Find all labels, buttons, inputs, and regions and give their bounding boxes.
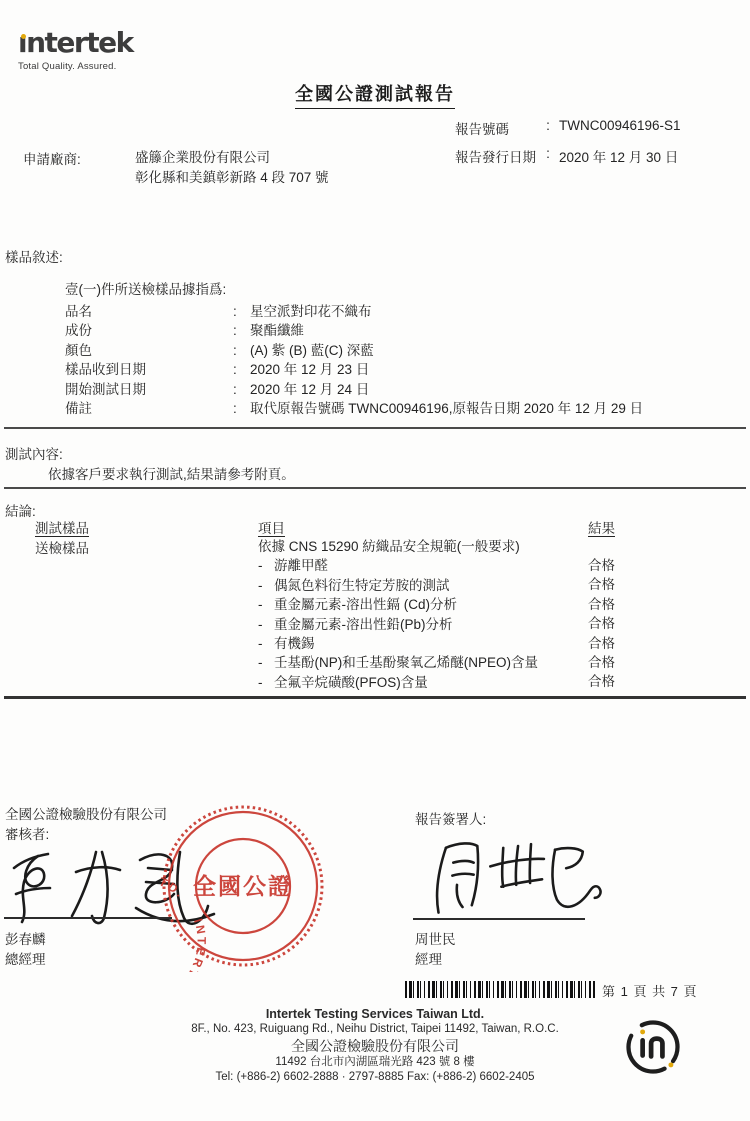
colon: : bbox=[233, 380, 250, 399]
colon: : bbox=[233, 302, 250, 321]
applicant-lines: 盛籐企業股份有限公司 彰化縣和美鎮彰新路 4 段 707 號 bbox=[135, 148, 329, 188]
test-item-name: 游離甲醛 bbox=[274, 558, 328, 573]
sample-row-label: 品名 bbox=[65, 302, 233, 321]
colon: : bbox=[233, 341, 250, 360]
reviewer-title: 總經理 bbox=[5, 948, 46, 968]
sample-row: 成份 : 聚酯纖維 bbox=[65, 321, 643, 340]
test-items-column: 依據 CNS 15290 紡織品安全規範(一般要求) -游離甲醛 -偶氮色料衍生… bbox=[258, 537, 598, 692]
signer-signature-strokes bbox=[420, 832, 605, 922]
column-header-result: 結果 bbox=[588, 517, 615, 537]
report-number-row: 報告號碼 : TWNC00946196-S1 bbox=[455, 118, 681, 146]
company-stamp-graphic: INTERTEK TESTING SERVICES TAIWAN LTD. 全國… bbox=[157, 800, 329, 972]
sample-row: 樣品收到日期 : 2020 年 12 月 23 日 bbox=[65, 360, 643, 379]
title-row: 全國公證測試報告 bbox=[0, 80, 750, 109]
divider bbox=[4, 696, 746, 699]
test-item: -重金屬元素-溶出性鉛(Pb)分析 bbox=[258, 615, 598, 634]
sample-row-value: 2020 年 12 月 24 日 bbox=[250, 380, 369, 399]
report-info: 報告號碼 : TWNC00946196-S1 報告發行日期 : 2020 年 1… bbox=[455, 118, 681, 174]
test-content-section-label: 測試內容: bbox=[5, 443, 63, 463]
test-item-name: 壬基酚(NP)和壬基酚聚氧乙烯醚(NPEO)含量 bbox=[274, 655, 538, 670]
reviewer-name: 彭春麟 bbox=[5, 928, 46, 948]
sample-row-label: 顏色 bbox=[65, 341, 233, 360]
sample-row-label: 樣品收到日期 bbox=[65, 360, 233, 379]
stamp-center-text: 全國公證 bbox=[193, 873, 293, 899]
intertek-tagline: Total Quality. Assured. bbox=[18, 61, 218, 72]
sample-row-value: 2020 年 12 月 23 日 bbox=[250, 360, 369, 379]
test-item: -偶氮色料衍生特定芳胺的測試 bbox=[258, 576, 598, 595]
signer-title: 經理 bbox=[415, 948, 442, 968]
test-result: 合格 bbox=[588, 653, 615, 672]
test-item-name: 偶氮色料衍生特定芳胺的測試 bbox=[274, 578, 450, 593]
test-content-text: 依據客戶要求執行測試,結果請參考附頁。 bbox=[48, 463, 295, 483]
test-result: 合格 bbox=[588, 634, 615, 653]
test-result: 合格 bbox=[588, 672, 615, 691]
sample-row-label: 成份 bbox=[65, 321, 233, 340]
signer-name: 周世民 bbox=[415, 928, 456, 948]
test-item-name: 重金屬元素-溶出性鉛(Pb)分析 bbox=[274, 617, 453, 632]
dash: - bbox=[258, 576, 274, 595]
test-item-name: 有機錫 bbox=[274, 636, 315, 651]
sample-block: 壹(一)件所送檢樣品據指爲: 品名 : 星空派對印花不織布 成份 : 聚酯纖維 … bbox=[65, 280, 643, 418]
reviewer-signature-line bbox=[4, 917, 172, 919]
intertek-in-circle-icon bbox=[620, 1014, 686, 1085]
in-circle-graphic bbox=[620, 1014, 686, 1080]
standard-line: 依據 CNS 15290 紡織品安全規範(一般要求) bbox=[258, 537, 598, 556]
column-header-sample: 測試樣品 bbox=[35, 517, 89, 537]
sample-row: 開始測試日期 : 2020 年 12 月 24 日 bbox=[65, 380, 643, 399]
page-title: 全國公證測試報告 bbox=[295, 80, 455, 109]
test-item-name: 重金屬元素-溶出性鎘 (Cd)分析 bbox=[274, 597, 457, 612]
test-item: -游離甲醛 bbox=[258, 556, 598, 575]
dash: - bbox=[258, 634, 274, 653]
column-header-item: 項目 bbox=[258, 517, 285, 537]
report-page: ıntertek Total Quality. Assured. 全國公證測試報… bbox=[0, 0, 750, 1121]
colon: : bbox=[537, 118, 559, 133]
divider bbox=[4, 487, 746, 489]
applicant-address: 彰化縣和美鎮彰新路 4 段 707 號 bbox=[135, 168, 329, 188]
dash: - bbox=[258, 556, 274, 575]
test-item: -有機錫 bbox=[258, 634, 598, 653]
sample-row-label: 開始測試日期 bbox=[65, 380, 233, 399]
sample-row-value: (A) 紫 (B) 藍(C) 深藍 bbox=[250, 341, 374, 360]
dash: - bbox=[258, 653, 274, 672]
company-stamp: INTERTEK TESTING SERVICES TAIWAN LTD. 全國… bbox=[157, 800, 329, 972]
sample-row-value: 聚酯纖維 bbox=[250, 321, 304, 340]
sample-value: 送檢樣品 bbox=[35, 537, 89, 557]
sample-row: 品名 : 星空派對印花不織布 bbox=[65, 302, 643, 321]
page-count: 第 1 頁 共 7 頁 bbox=[602, 981, 698, 1000]
sample-row-label: 備註 bbox=[65, 399, 233, 418]
barcode bbox=[405, 981, 595, 998]
colon: : bbox=[537, 146, 559, 161]
results-column: 合格 合格 合格 合格 合格 合格 合格 bbox=[588, 556, 615, 692]
signer-signature bbox=[420, 832, 605, 927]
colon: : bbox=[233, 360, 250, 379]
sample-row-value: 星空派對印花不織布 bbox=[250, 302, 372, 321]
report-number-label: 報告號碼 bbox=[455, 118, 537, 138]
test-result: 合格 bbox=[588, 595, 615, 614]
test-item: -壬基酚(NP)和壬基酚聚氧乙烯醚(NPEO)含量 bbox=[258, 653, 598, 672]
report-date-label: 報告發行日期 bbox=[455, 146, 537, 166]
sample-row-value: 取代原報告號碼 TWNC00946196,原報告日期 2020 年 12 月 2… bbox=[250, 399, 643, 418]
applicant-name: 盛籐企業股份有限公司 bbox=[135, 148, 329, 168]
report-date-value: 2020 年 12 月 30 日 bbox=[559, 146, 678, 166]
test-result: 合格 bbox=[588, 614, 615, 633]
intertek-logo: ıntertek Total Quality. Assured. bbox=[18, 28, 218, 72]
report-number-value: TWNC00946196-S1 bbox=[559, 118, 681, 133]
sample-section-label: 樣品敘述: bbox=[5, 246, 63, 266]
applicant-block: 申請廠商: 盛籐企業股份有限公司 彰化縣和美鎮彰新路 4 段 707 號 bbox=[23, 148, 329, 188]
test-item: -重金屬元素-溶出性鎘 (Cd)分析 bbox=[258, 595, 598, 614]
colon: : bbox=[233, 399, 250, 418]
intertek-logo-text: ıntertek bbox=[18, 28, 218, 58]
colon: : bbox=[233, 321, 250, 340]
signoff-company: 全國公證檢驗股份有限公司 bbox=[5, 803, 167, 823]
test-result: 合格 bbox=[588, 575, 615, 594]
dash: - bbox=[258, 615, 274, 634]
divider bbox=[4, 427, 746, 429]
sample-row: 顏色 : (A) 紫 (B) 藍(C) 深藍 bbox=[65, 341, 643, 360]
signer-signature-line bbox=[413, 918, 585, 920]
applicant-label: 申請廠商: bbox=[23, 148, 135, 188]
sample-intro: 壹(一)件所送檢樣品據指爲: bbox=[65, 280, 643, 300]
intertek-logo-yellow-dot-icon bbox=[21, 34, 26, 39]
test-result: 合格 bbox=[588, 556, 615, 575]
test-item-name: 全氟辛烷磺酸(PFOS)含量 bbox=[274, 675, 428, 690]
sample-row: 備註 : 取代原報告號碼 TWNC00946196,原報告日期 2020 年 1… bbox=[65, 399, 643, 418]
test-item: -全氟辛烷磺酸(PFOS)含量 bbox=[258, 673, 598, 692]
report-date-row: 報告發行日期 : 2020 年 12 月 30 日 bbox=[455, 146, 681, 174]
dash: - bbox=[258, 673, 274, 692]
dash: - bbox=[258, 595, 274, 614]
signer-label: 報告簽署人: bbox=[415, 808, 486, 828]
conclusion-section-label: 結論: bbox=[5, 500, 36, 520]
